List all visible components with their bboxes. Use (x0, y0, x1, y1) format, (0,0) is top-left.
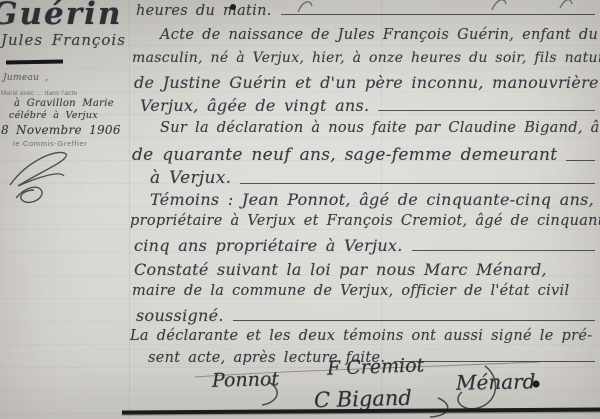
act-line: de Justine Guérin et d'un père inconnu, … (134, 73, 595, 92)
act-line: Constaté suivant la loi par nous Marc Mé… (134, 260, 595, 279)
act-line: Verjux, âgée de vingt ans. (140, 96, 595, 115)
act-line: Acte de naissance de Jules François Guér… (160, 27, 595, 43)
act-line: maire de la commune de Verjux, officier … (132, 283, 595, 299)
act-line: soussigné. (136, 306, 595, 325)
act-line-text: propriétaire à Verjux et François Cremio… (130, 213, 600, 229)
signature-menard: Ménard (456, 369, 536, 394)
act-line: Témoins : Jean Ponnot, âgé de cinquante-… (150, 190, 595, 209)
ink-rule (566, 160, 595, 161)
margin-firstnames: Jules François (1, 31, 126, 49)
ink-rule (412, 250, 595, 251)
act-line-text: Constaté suivant la loi par nous Marc Mé… (134, 260, 547, 279)
ink-rule (378, 110, 595, 111)
act-line: masculin, né à Verjux, hier, à onze heur… (132, 50, 595, 66)
ink-rule (233, 320, 595, 321)
mention-stamp-header: Marié avec … dans l'acte (1, 90, 77, 97)
act-line-text: masculin, né à Verjux, hier, à onze heur… (132, 50, 600, 66)
act-line-text: soussigné. (136, 306, 224, 325)
signature-ponnot: Ponnot (212, 368, 280, 392)
ink-rule (394, 361, 595, 362)
mention-place-line: célébré à Verjux (9, 110, 98, 121)
scanned-register-page: Guérin Jules François Jumeau , Marié ave… (0, 0, 600, 419)
signature-cremiot: F Cremiot (327, 354, 425, 379)
act-line-text: Témoins : Jean Ponnot, âgé de cinquante-… (150, 190, 594, 209)
act-line-text: La déclarante et les deux témoins ont au… (130, 328, 592, 344)
act-line-text: Acte de naissance de Jules François Guér… (160, 27, 600, 43)
ink-rule (240, 183, 595, 184)
act-line-text: Verjux, âgée de vingt ans. (140, 96, 369, 115)
margin-dash (6, 60, 63, 65)
act-line-text: Sur la déclaration à nous faite par Clau… (160, 120, 600, 136)
act-line: La déclarante et les deux témoins ont au… (130, 328, 595, 344)
act-line: Sur la déclaration à nous faite par Clau… (160, 120, 595, 136)
act-line-text: maire de la commune de Verjux, officier … (132, 283, 569, 299)
act-line: propriétaire à Verjux et François Cremio… (130, 213, 595, 229)
mention-date: 8 Novembre 1906 (1, 123, 121, 137)
act-line: de quarante neuf ans, sage-femme demeura… (132, 145, 595, 165)
act-line-text: de Justine Guérin et d'un père inconnu, … (134, 73, 600, 92)
act-line-text: heures du matin. (136, 3, 272, 19)
act-line: heures du matin. (136, 3, 595, 19)
margin-surname: Guérin (0, 0, 122, 32)
act-line-text: cinq ans propriétaire à Verjux. (134, 236, 403, 255)
margin-column: Guérin Jules François Jumeau , Marié ave… (0, 0, 130, 419)
margin-note: Jumeau , (3, 73, 49, 83)
act-line: à Verjux. (150, 168, 595, 188)
act-line-text: à Verjux. (150, 168, 231, 188)
mention-clerk-title: le Commis-Greffier (13, 139, 87, 148)
act-line-text: de quarante neuf ans, sage-femme demeura… (132, 145, 557, 165)
mention-bride-line: à Gravillon Marie (14, 98, 114, 109)
ink-rule (281, 14, 595, 15)
act-line: cinq ans propriétaire à Verjux. (134, 236, 595, 255)
